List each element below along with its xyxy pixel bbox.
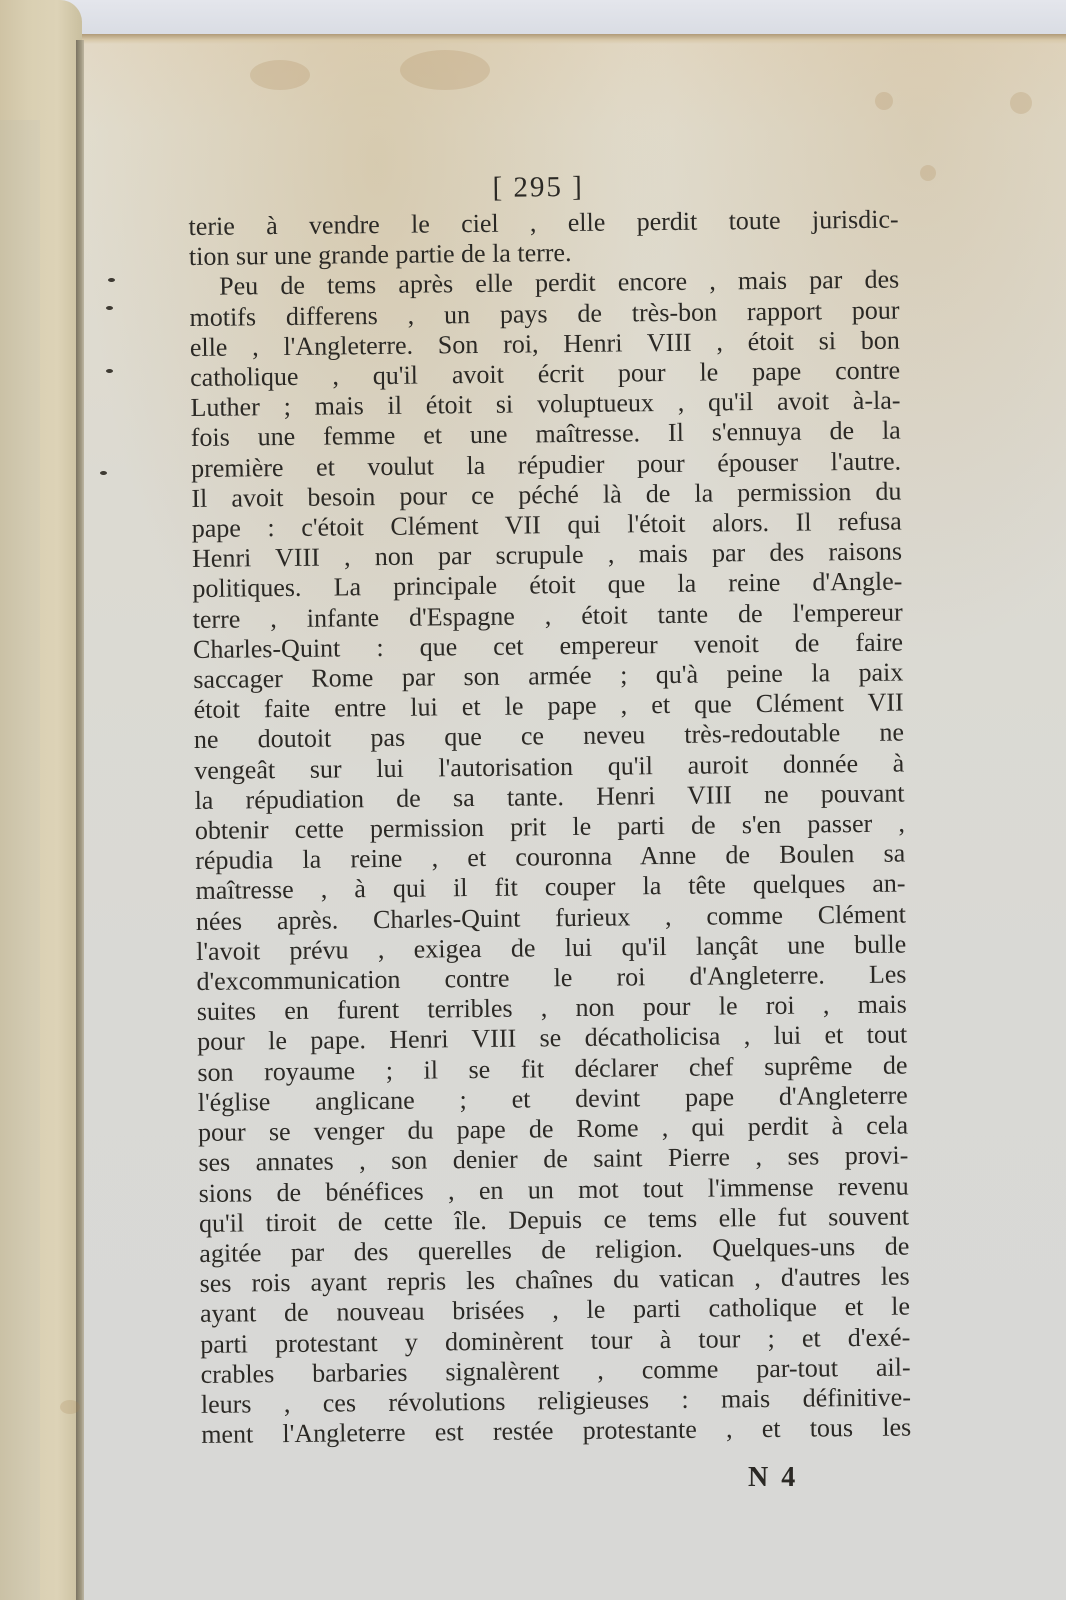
foxing-stain xyxy=(920,165,936,181)
wormhole-mark xyxy=(108,278,115,282)
foxing-stain xyxy=(60,1400,80,1414)
book-gutter xyxy=(76,40,84,1600)
wormhole-mark xyxy=(106,369,113,373)
page-number: [ 295 ] xyxy=(178,163,898,213)
page-text: [ 295 ] terie à vendre le ciel , elle pe… xyxy=(188,163,911,1451)
foxing-stain xyxy=(875,92,893,110)
foxing-stain xyxy=(1010,92,1032,114)
signature-mark: N 4 xyxy=(748,1462,798,1494)
wormhole-mark xyxy=(100,471,107,475)
foxing-stain xyxy=(250,60,310,90)
page-top-edge xyxy=(82,34,1066,44)
facing-page-shadow xyxy=(0,120,40,1600)
wormhole-mark xyxy=(106,306,113,310)
foxing-stain xyxy=(400,50,490,90)
